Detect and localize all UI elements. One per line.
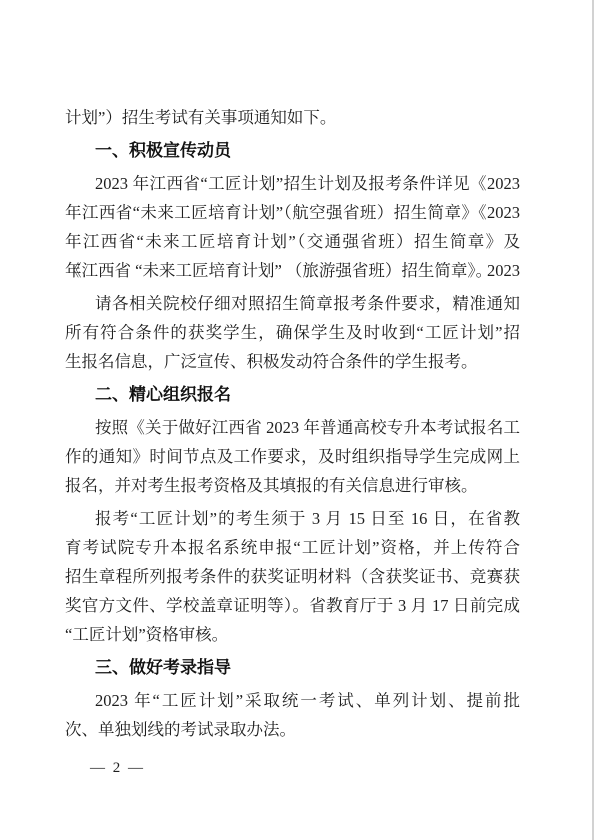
paragraph: 请各相关院校仔细对照招生简章报考条件要求，精准通知 所有符合条件的获奖学生，确保… xyxy=(65,289,520,376)
paragraph: 2023 年江西省“工匠计划”招生计划及报考条件详见《2023 年江西省“未来工… xyxy=(65,169,520,285)
paragraph: 按照《关于做好江西省 2023 年普通高校专升本考试报名工 作的通知》时间节点及… xyxy=(65,413,520,500)
document-line: 所有符合条件的获奖学生，确保学生及时收到“工匠计划”招 xyxy=(65,318,520,347)
document-line: “工匠计划”资格审核。 xyxy=(65,620,520,649)
document-line: 报名，并对考生报考资格及其填报的有关信息进行审核。 xyxy=(65,471,520,500)
document-line: 年江西省“未来工匠培育计划”（航空强省班）招生简章》《2023 xyxy=(65,198,520,227)
document-line: 按照《关于做好江西省 2023 年普通高校专升本考试报名工 xyxy=(65,413,520,442)
section-heading-1: 一、积极宣传动员 xyxy=(65,136,520,165)
document-page: 计划”）招生考试有关事项通知如下。 一、积极宣传动员 2023 年江西省“工匠计… xyxy=(0,0,596,840)
document-line: 招生章程所列报考条件的获奖证明材料（含获奖证书、竞赛获 xyxy=(65,562,520,591)
document-line: 生报名信息，广泛宣传、积极发动符合条件的学生报考。 xyxy=(65,347,520,376)
document-line: 请各相关院校仔细对照招生简章报考条件要求，精准通知 xyxy=(65,289,520,318)
section-heading-3: 三、做好考录指导 xyxy=(65,653,520,682)
document-line: 育考试院专升本报名系统申报“工匠计划”资格，并上传符合 xyxy=(65,533,520,562)
document-line: 年江西省 “未来工匠培育计划” （旅游强省班）招生简章》。 xyxy=(65,256,520,285)
document-line: 2023 年“工匠计划”采取统一考试、单列计划、提前批 xyxy=(65,686,520,715)
document-content: 计划”）招生考试有关事项通知如下。 一、积极宣传动员 2023 年江西省“工匠计… xyxy=(65,103,520,744)
intro-continuation-line: 计划”）招生考试有关事项通知如下。 xyxy=(65,103,520,132)
section-heading-2: 二、精心组织报名 xyxy=(65,380,520,409)
document-line: 年江西省“未来工匠培育计划”（交通强省班）招生简章》及《2023 xyxy=(65,227,520,256)
document-line: 2023 年江西省“工匠计划”招生计划及报考条件详见《2023 xyxy=(65,169,520,198)
paragraph: 报考“工匠计划”的考生须于 3 月 15 日至 16 日，在省教 育考试院专升本… xyxy=(65,504,520,649)
paragraph: 2023 年“工匠计划”采取统一考试、单列计划、提前批 次、单独划线的考试录取办… xyxy=(65,686,520,744)
document-line: 次、单独划线的考试录取办法。 xyxy=(65,715,520,744)
scan-page-edge-line xyxy=(592,0,594,840)
document-line: 报考“工匠计划”的考生须于 3 月 15 日至 16 日，在省教 xyxy=(65,504,520,533)
page-number: — 2 — xyxy=(90,760,145,777)
document-line: 奖官方文件、学校盖章证明等）。省教育厅于 3 月 17 日前完成 xyxy=(65,591,520,620)
document-line: 作的通知》时间节点及工作要求，及时组织指导学生完成网上 xyxy=(65,442,520,471)
